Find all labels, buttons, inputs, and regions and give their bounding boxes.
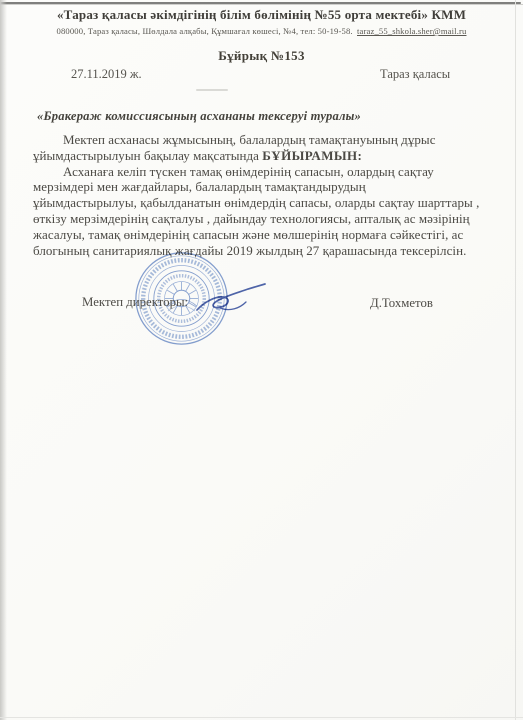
scan-edge-left bbox=[0, 0, 7, 720]
body-line: ұйымдастырылуы, қабылданатын өнімдердің … bbox=[33, 195, 495, 211]
org-address-text: 080000, Тараз қаласы, Шөлдала алқабы, Құ… bbox=[57, 26, 353, 36]
org-email: taraz_55_shkola.sher@mail.ru bbox=[357, 26, 466, 36]
scan-edge-bottom bbox=[0, 717, 523, 718]
body-line: Асханаға келіп түскен тамақ өнімдерінің … bbox=[33, 164, 495, 180]
signature-role-label: Мектеп директоры: bbox=[82, 295, 188, 310]
body-line: өткізу мерзімдерінің сақталуы , дайындау… bbox=[33, 211, 495, 227]
scan-artifact bbox=[196, 89, 228, 91]
body-line: Мектеп асханасы жұмысының, балалардың та… bbox=[33, 132, 495, 148]
body-line: мерзімдері мен жағдайлары, балалардың та… bbox=[33, 179, 495, 195]
body-line: блогының санитариялық жағдайы 2019 жылды… bbox=[33, 243, 495, 259]
scan-edge-top-shadow bbox=[0, 4, 523, 5]
org-address: 080000, Тараз қаласы, Шөлдала алқабы, Құ… bbox=[0, 26, 523, 36]
scanned-document-page: «Тараз қаласы әкімдігінің білім бөліміні… bbox=[0, 0, 523, 720]
scan-edge-right bbox=[515, 0, 516, 720]
signature-name: Д.Тохметов bbox=[370, 296, 433, 311]
body-line-text: ұйымдастырылуын бақылау мақсатында bbox=[33, 148, 262, 163]
order-subject: «Бракераж комиссиясының асхананы тексеру… bbox=[37, 109, 361, 124]
order-keyword: БҰЙЫРАМЫН: bbox=[262, 148, 362, 163]
body-line: жасалуы, тамақ өнімдерінің сапасын және … bbox=[33, 227, 495, 243]
body-line: ұйымдастырылуын бақылау мақсатында БҰЙЫР… bbox=[33, 148, 495, 164]
org-name: «Тараз қаласы әкімдігінің білім бөліміні… bbox=[20, 7, 503, 23]
order-number-title: Бұйрық №153 bbox=[0, 48, 523, 64]
order-date: 27.11.2019 ж. bbox=[71, 67, 142, 82]
order-body: Мектеп асханасы жұмысының, балалардың та… bbox=[33, 132, 495, 258]
order-city: Тараз қаласы bbox=[380, 67, 450, 82]
signature-scribble-icon bbox=[192, 281, 270, 319]
